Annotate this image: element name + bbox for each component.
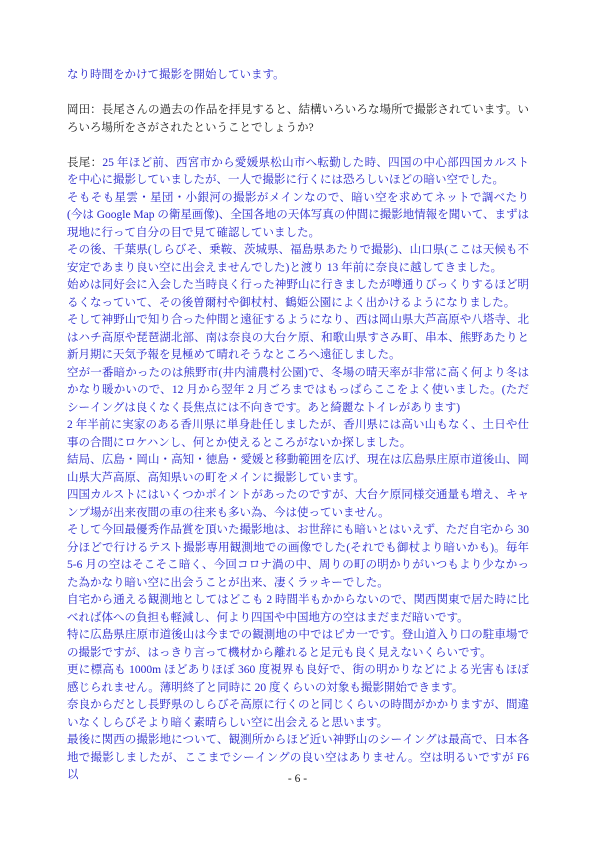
answer-paragraph: 特に広島県庄原市道後山は今までの観測地の中ではピカ一です。登山道入り口の駐車場で… [67, 627, 529, 662]
answer-paragraph-text: 2 年半前に実家のある香川県に単身赴任しましたが、香川県には高い山もなく、土日や… [67, 419, 529, 449]
answer-paragraph: 自宅から通える観測地としてはどこも 2 時間半もかからないので、関西関東で居た時… [67, 592, 529, 627]
answer-paragraph: 結局、広島・岡山・高知・徳島・愛媛と移動範囲を広げ、現在は広島県庄原市道後山、岡… [67, 452, 529, 487]
speaker-label: 長尾： [67, 157, 102, 169]
opening-paragraph: なり時間をかけて撮影を開始しています。 [67, 67, 529, 85]
answer-paragraph: そもそも星雲・星団・小銀河の撮影がメインなので、暗い空を求めてネットで調べたり(… [67, 190, 529, 243]
answer-paragraph-text: 25 年ほど前、西宮市から愛媛県松山市へ転勤した時、四国の中心部四国カルストを中… [67, 157, 529, 187]
answer-paragraph: 更に標高も 1000m ほどありほぼ 360 度視界も良好で、街の明かりなどによ… [67, 662, 529, 697]
interviewer-label: 岡田： [67, 104, 102, 116]
answer-paragraph: 空が一番暗かったのは熊野市(井内浦農村公園)で、冬場の晴天率が非常に高く何より冬… [67, 365, 529, 418]
answer-paragraph: 奈良からだとし長野県のしらびそ高原に行くのと同じくらいの時間がかかりますが、間違… [67, 697, 529, 732]
answer-paragraph: その後、千葉県(しらびそ、乗鞍、茨城県、福島県あたりで撮影)、山口県(ここは天候… [67, 242, 529, 277]
page-number: - 6 - [0, 771, 595, 789]
answer-paragraph-text: 自宅から通える観測地としてはどこも 2 時間半もかからないので、関西関東で居た時… [67, 594, 529, 624]
document-page: なり時間をかけて撮影を開始しています。 岡田：長尾さんの過去の作品を拝見すると、… [0, 0, 595, 842]
answer-paragraph-text: そして神野山で知り合った仲間と遠征するようになり、西は岡山県大芦高原や八塔寺、北… [67, 314, 529, 361]
answer-paragraph-text: 奈良からだとし長野県のしらびそ高原に行くのと同じくらいの時間がかかりますが、間違… [67, 699, 529, 729]
answer-paragraph-text: 特に広島県庄原市道後山は今までの観測地の中ではピカ一です。登山道入り口の駐車場で… [67, 629, 529, 659]
answer-paragraph-text: 空が一番暗かったのは熊野市(井内浦農村公園)で、冬場の晴天率が非常に高く何より冬… [67, 367, 529, 414]
answer-paragraph: 四国カルストにはいくつかポイントがあったのですが、大台ケ原同様交通量も増え、キャ… [67, 487, 529, 522]
answer-paragraph-text: 更に標高も 1000m ほどありほぼ 360 度視界も良好で、街の明かりなどによ… [67, 664, 529, 694]
answer-paragraph-text: 結局、広島・岡山・高知・徳島・愛媛と移動範囲を広げ、現在は広島県庄原市道後山、岡… [67, 454, 529, 484]
answer-paragraph-text: 始めは同好会に入会した当時良く行った神野山に行きましたが噂通りびっくりするほど明… [67, 279, 529, 309]
answer-paragraph-text: 四国カルストにはいくつかポイントがあったのですが、大台ケ原同様交通量も増え、キャ… [67, 489, 529, 519]
answer-paragraph: 2 年半前に実家のある香川県に単身赴任しましたが、香川県には高い山もなく、土日や… [67, 417, 529, 452]
answer-paragraph: そして今回最優秀作品賞を頂いた撮影地は、お世辞にも暗いとはいえず、ただ自宅から … [67, 522, 529, 592]
answer-paragraph-text: そして今回最優秀作品賞を頂いた撮影地は、お世辞にも暗いとはいえず、ただ自宅から … [67, 524, 529, 589]
interviewee-answer: 長尾：25 年ほど前、西宮市から愛媛県松山市へ転勤した時、四国の中心部四国カルス… [67, 155, 529, 785]
answer-paragraph: そして神野山で知り合った仲間と遠征するようになり、西は岡山県大芦高原や八塔寺、北… [67, 312, 529, 365]
answer-paragraph: 長尾：25 年ほど前、西宮市から愛媛県松山市へ転勤した時、四国の中心部四国カルス… [67, 155, 529, 190]
interviewer-question-text: 長尾さんの過去の作品を拝見すると、結構いろいろな場所で撮影されています。いろいろ… [67, 104, 529, 134]
interviewer-question: 岡田：長尾さんの過去の作品を拝見すると、結構いろいろな場所で撮影されています。い… [67, 102, 529, 137]
answer-paragraph-text: その後、千葉県(しらびそ、乗鞍、茨城県、福島県あたりで撮影)、山口県(ここは天候… [67, 244, 529, 274]
page-content: なり時間をかけて撮影を開始しています。 岡田：長尾さんの過去の作品を拝見すると、… [67, 67, 529, 785]
answer-paragraph-text: そもそも星雲・星団・小銀河の撮影がメインなので、暗い空を求めてネットで調べたり(… [67, 192, 529, 239]
answer-paragraph: 始めは同好会に入会した当時良く行った神野山に行きましたが噂通りびっくりするほど明… [67, 277, 529, 312]
